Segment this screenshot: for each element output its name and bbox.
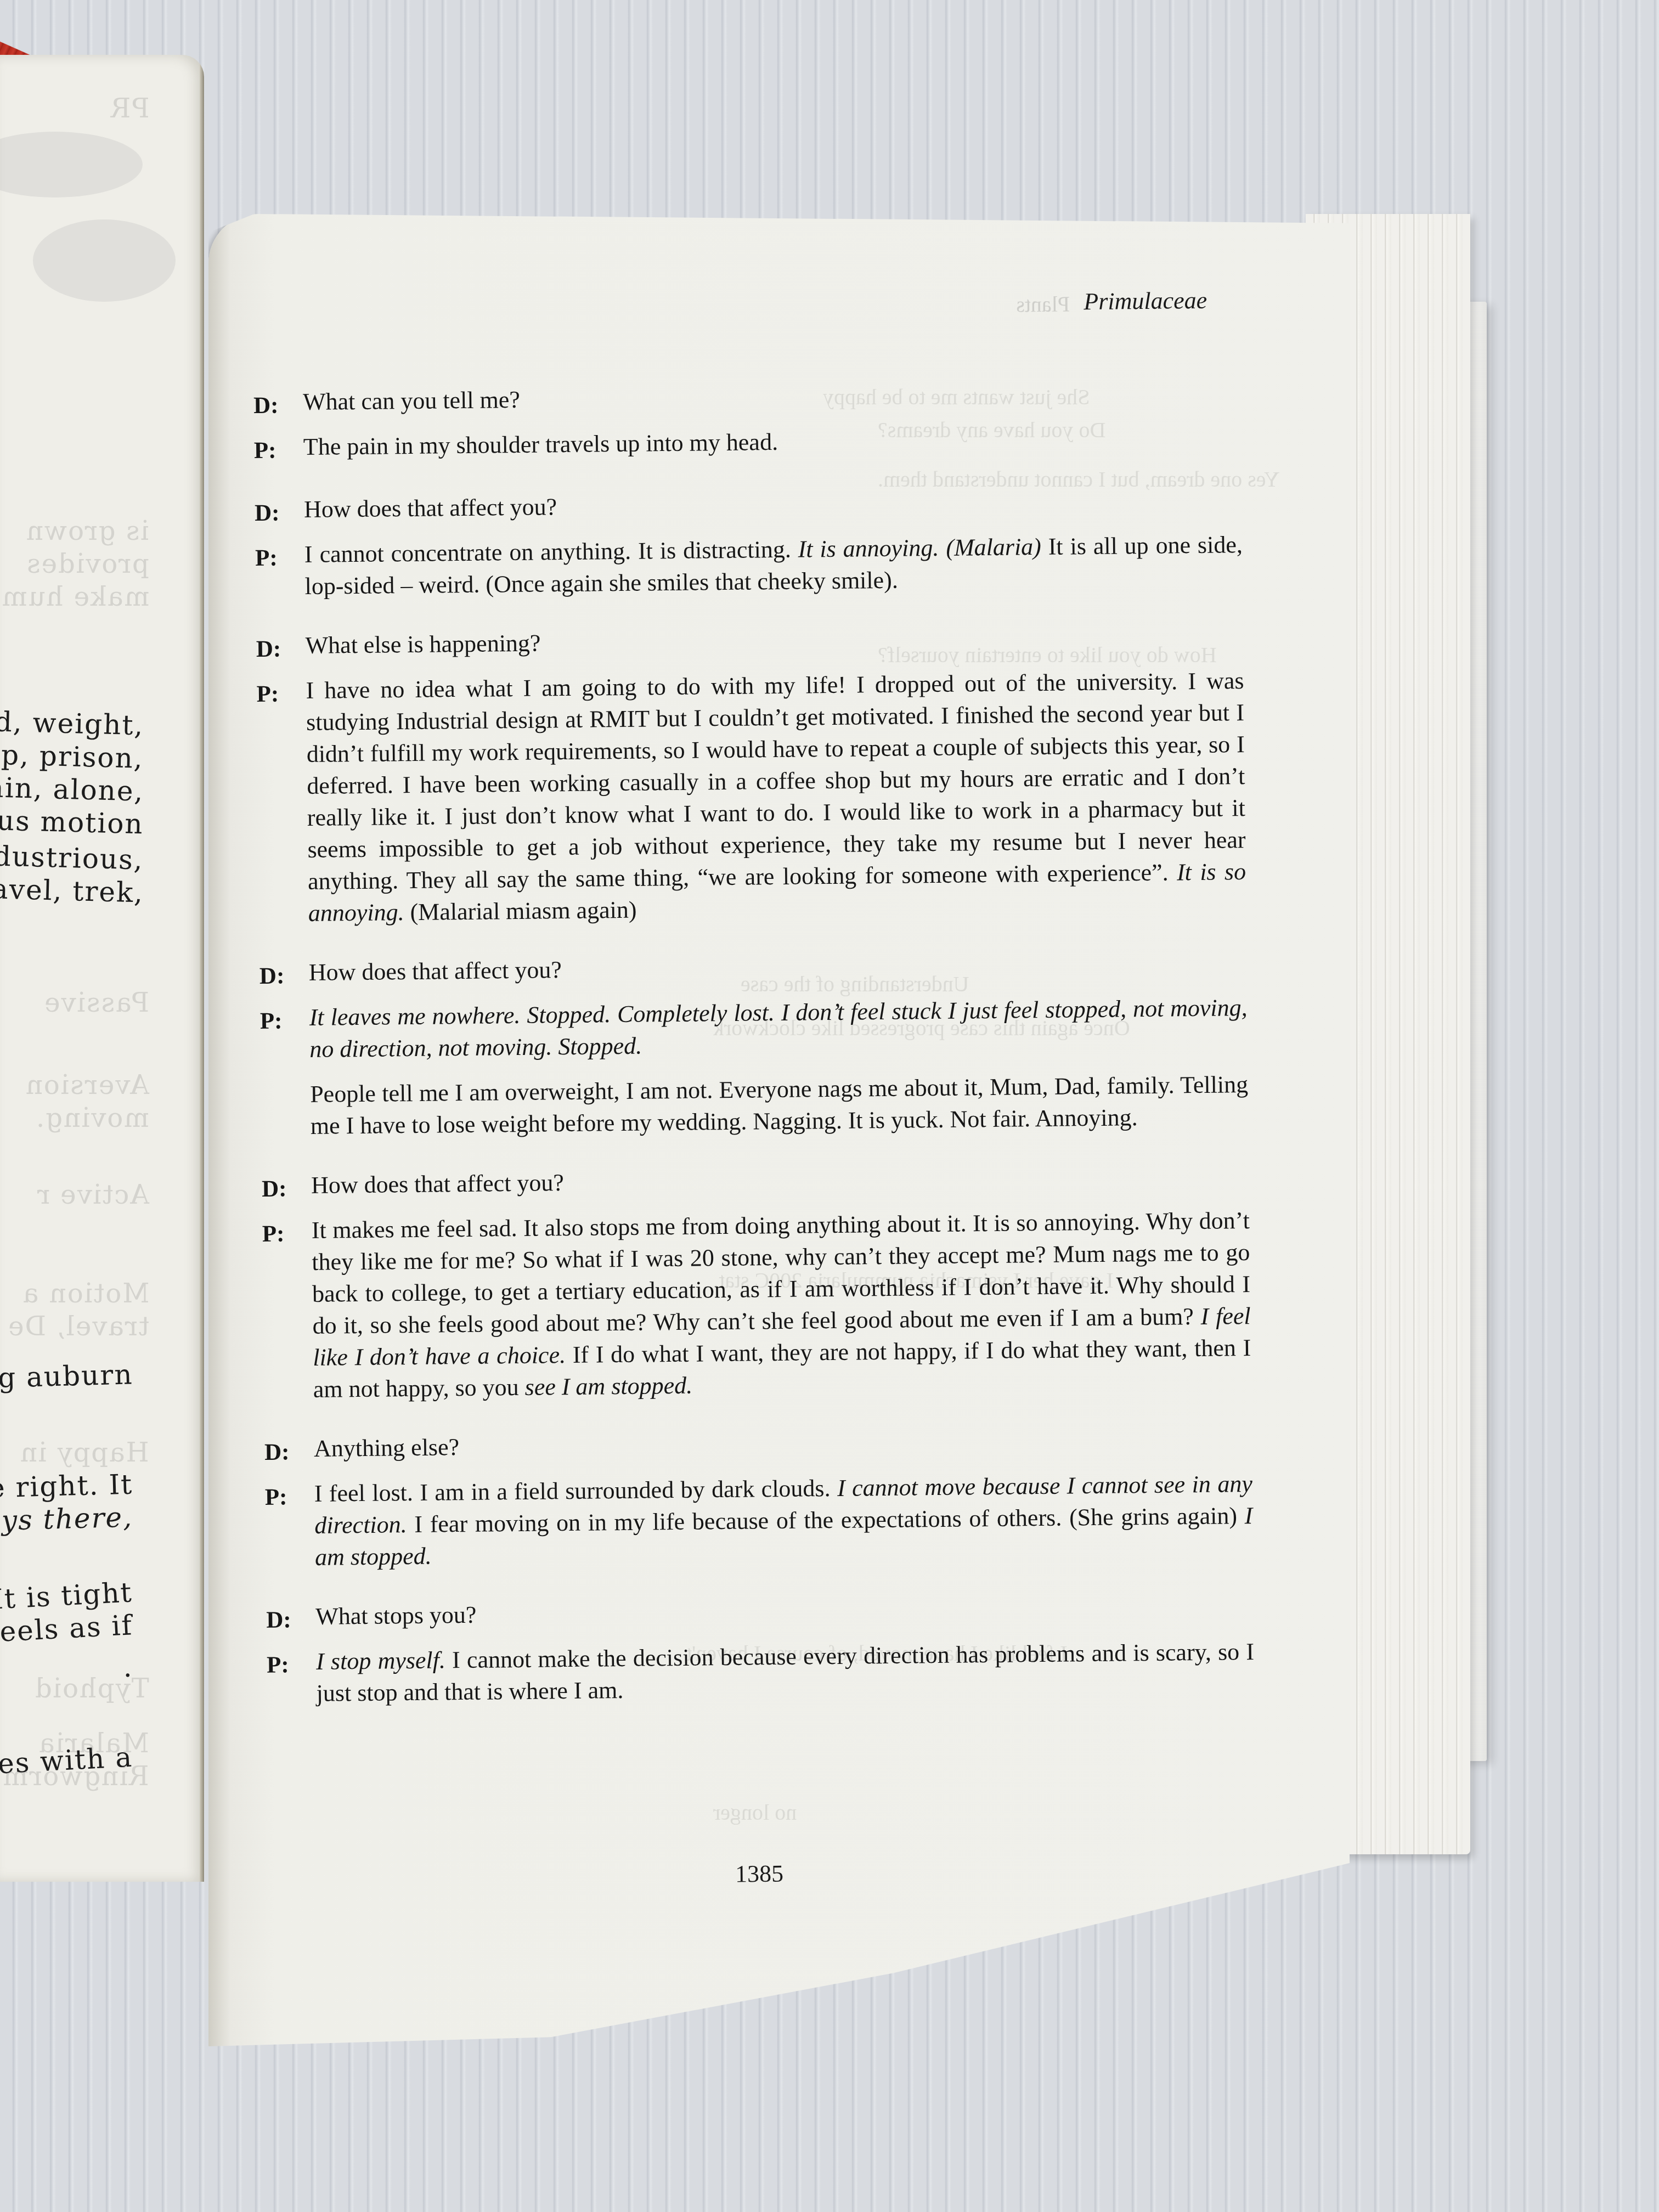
text-run: I feel lost. I am in a field surrounded … [314,1475,838,1507]
speaker-label: P: [267,1646,317,1681]
speech-text: How does that affect you? [311,1160,1250,1201]
running-head-show-through: Plants [1016,291,1070,317]
doctor-turn: D:How does that affect you? [255,484,1243,529]
italic-run: It leaves me nowhere. Stopped. Completel… [309,994,1248,1063]
left-page-gutter [200,55,204,1882]
show-through-fragment: PR [110,93,149,124]
show-through-fragment: travel, De [7,1311,149,1342]
text-run: Anything else? [314,1434,460,1462]
left-page-line-fragment: us motion [0,805,144,840]
show-through-fragment: Passive [43,988,149,1018]
speech-text: I have no idea what I am going to do wit… [306,665,1246,929]
text-run: What can you tell me? [303,386,520,415]
show-through-fragment: make hum [1,582,149,612]
running-head: Primulaceae [1084,286,1207,315]
patient-turn: P:The pain in my shoulder travels up int… [254,421,1242,467]
speech-text: How does that affect you? [304,484,1243,526]
speaker-label: D: [264,1433,314,1469]
left-page-line-fragment: dustrious, [0,840,144,876]
left-page-line-fragment: e right. It [0,1469,133,1504]
patient-turn: P:I have no idea what I am going to do w… [256,665,1246,930]
show-through-fragment: is grown [25,516,149,546]
doctor-turn: D:What else is happening? [256,620,1244,665]
speech-text: The pain in my shoulder travels up into … [303,421,1242,463]
speech-paragraph: What stops you? [315,1591,1254,1633]
left-page-line-fragment: ng auburn [0,1358,133,1394]
left-page-line-fragment: ays there, [0,1501,133,1537]
italic-run: see I am stopped. [524,1372,692,1401]
italic-run: It is annoying. (Malaria) [798,533,1041,563]
doctor-turn: D:How does that affect you? [262,1160,1250,1205]
italic-run: I stop myself. [316,1646,445,1674]
speech-text: I feel lost. I am in a field surrounded … [314,1468,1254,1573]
show-through-fragment: Happy in [19,1437,149,1468]
left-page-line-fragment: up, prison, [0,738,144,775]
speaker-label: D: [262,1170,312,1205]
speaker-label: D: [256,630,306,665]
speech-text: It makes me feel sad. It also stops me f… [312,1205,1252,1406]
patient-turn: P:I stop myself. I cannot make the decis… [267,1636,1255,1710]
text-run: I cannot concentrate on anything. It is … [304,536,798,568]
speech-paragraph: The pain in my shoulder travels up into … [303,421,1242,463]
text-run: I have no idea what I am going to do wit… [306,667,1245,895]
speech-text: What else is happening? [305,620,1244,662]
speech-paragraph: How does that affect you? [311,1160,1250,1201]
speech-text: I cannot concentrate on anything. It is … [304,529,1243,602]
left-page-line-fragment: ain, alone, [0,771,144,807]
show-through-fragment: moving. [35,1103,149,1133]
text-run: (Malarial miasm again) [404,896,636,926]
show-through-illustration-blob [33,219,176,302]
patient-turn: P:It leaves me nowhere. Stopped. Complet… [259,992,1249,1143]
speech-paragraph: People tell me I am overweight, I am not… [310,1069,1249,1142]
speech-paragraph: How does that affect you? [309,947,1248,989]
speech-paragraph: I have no idea what I am going to do wit… [306,665,1246,929]
speaker-label: D: [259,957,309,992]
doctor-turn: D:What stops you? [266,1591,1254,1637]
speaker-label: P: [255,539,305,574]
show-through-heading-blob [0,132,143,198]
show-through-fragment: Ringworm [2,1761,149,1792]
dialogue-transcript: D:What can you tell me?P:The pain in my … [253,376,1255,1737]
left-page: d, weight,up, prison,ain, alone,us motio… [0,55,204,1882]
text-run: It makes me feel sad. It also stops me f… [312,1207,1251,1339]
speaker-label: D: [253,386,303,422]
left-page-line-fragment: feels as if [0,1609,133,1649]
text-run: What else is happening? [305,630,540,659]
speaker-label: D: [266,1601,316,1637]
doctor-turn: D:Anything else? [264,1423,1252,1469]
speech-paragraph: I feel lost. I am in a field surrounded … [314,1468,1254,1573]
show-through-fragment: Aversion [25,1070,149,1101]
speech-paragraph: I cannot concentrate on anything. It is … [304,529,1243,602]
patient-turn: P:I feel lost. I am in a field surrounde… [265,1468,1254,1574]
patient-turn: P:It makes me feel sad. It also stops me… [262,1205,1252,1406]
speaker-label: D: [255,494,304,529]
text-run: How does that affect you? [304,493,557,523]
show-through-fragment: Motion a [22,1278,149,1309]
patient-turn: P:I cannot concentrate on anything. It i… [255,529,1243,603]
text-run: The pain in my shoulder travels up into … [303,428,778,460]
show-through-fragment: provides [26,549,149,579]
speech-text: What stops you? [315,1591,1254,1633]
text-run: People tell me I am overweight, I am not… [310,1071,1248,1139]
page-number: 1385 [735,1860,784,1888]
speech-text: I stop myself. I cannot make the decisio… [316,1636,1255,1709]
show-through-fragment: Typhoid [34,1673,149,1704]
speaker-label: P: [265,1478,315,1514]
text-run: I cannot make the decision because every… [316,1638,1254,1707]
show-through-fragment: no longer [713,1799,797,1825]
speech-paragraph: I stop myself. I cannot make the decisio… [316,1636,1255,1709]
speaker-label: P: [262,1215,312,1250]
show-through-fragment: Malaria [38,1728,149,1759]
speech-text: Anything else? [314,1423,1252,1465]
speech-paragraph: How does that affect you? [304,484,1243,526]
speech-paragraph: It leaves me nowhere. Stopped. Completel… [309,992,1248,1065]
text-run: How does that affect you? [309,956,562,986]
speaker-label: P: [254,431,304,467]
speech-text: How does that affect you? [309,947,1248,989]
left-page-line-fragment: avel, trek, [0,873,144,909]
speech-paragraph: It makes me feel sad. It also stops me f… [312,1205,1252,1406]
speech-paragraph: Anything else? [314,1423,1252,1465]
speaker-label: P: [256,675,306,710]
left-page-line-fragment: d, weight, [0,706,144,741]
speech-paragraph: What else is happening? [305,620,1244,662]
speaker-label: P: [259,1002,309,1037]
text-run: What stops you? [315,1601,477,1630]
doctor-turn: D:How does that affect you? [259,947,1248,992]
speech-text: It leaves me nowhere. Stopped. Completel… [309,992,1249,1142]
text-run: How does that affect you? [311,1169,565,1199]
show-through-fragment: Active r [36,1180,149,1210]
text-run: I fear moving on in my life because of t… [407,1502,1245,1538]
